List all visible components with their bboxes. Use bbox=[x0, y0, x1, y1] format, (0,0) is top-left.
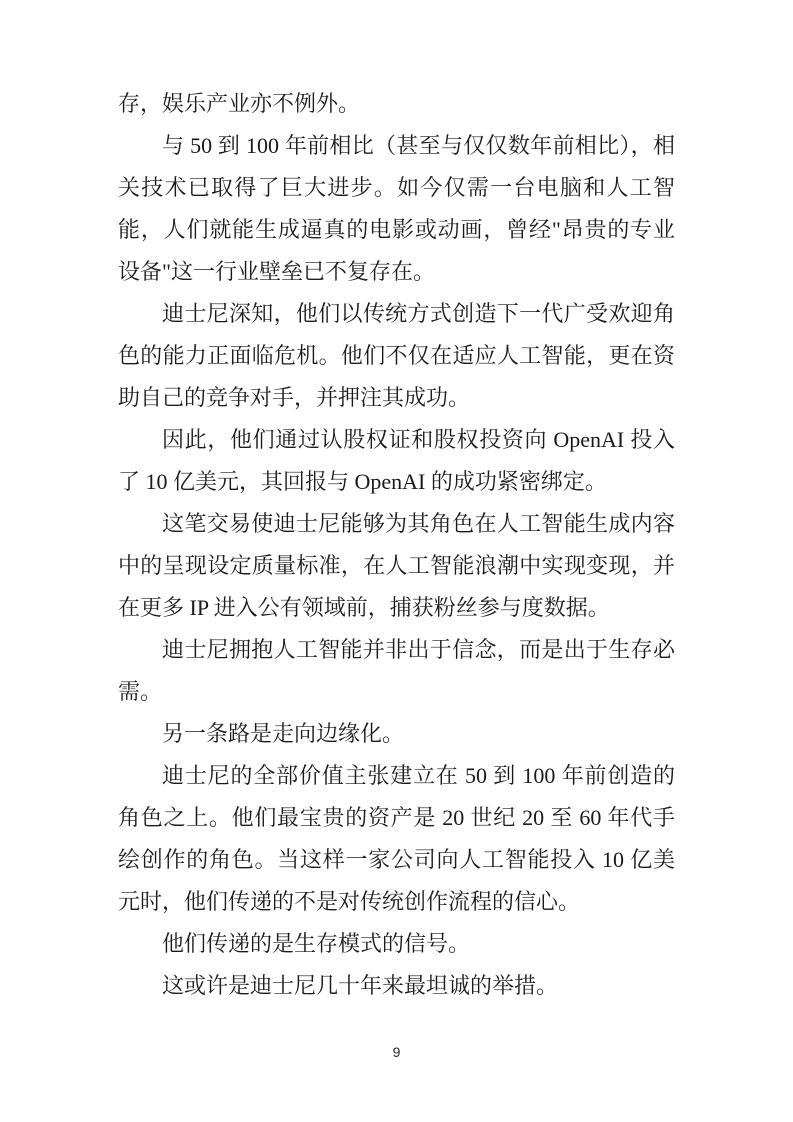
paragraph-8: 迪士尼的全部价值主张建立在 50 到 100 年前创造的角色之上。他们最宝贵的资… bbox=[118, 755, 675, 923]
paragraph-6: 迪士尼拥抱人工智能并非出于信念，而是出于生存必需。 bbox=[118, 629, 675, 713]
page-number: 9 bbox=[393, 1044, 401, 1060]
paragraph-7: 另一条路是走向边缘化。 bbox=[118, 713, 675, 755]
document-page: 存，娱乐产业亦不例外。 与 50 到 100 年前相比（甚至与仅仅数年前相比），… bbox=[0, 0, 793, 1122]
paragraph-3: 迪士尼深知，他们以传统方式创造下一代广受欢迎角色的能力正面临危机。他们不仅在适应… bbox=[118, 293, 675, 419]
page-footer: 9 bbox=[0, 1044, 793, 1062]
paragraph-5: 这笔交易使迪士尼能够为其角色在人工智能生成内容中的呈现设定质量标准，在人工智能浪… bbox=[118, 503, 675, 629]
document-body: 存，娱乐产业亦不例外。 与 50 到 100 年前相比（甚至与仅仅数年前相比），… bbox=[118, 83, 675, 1007]
paragraph-1: 存，娱乐产业亦不例外。 bbox=[118, 83, 675, 125]
paragraph-9: 他们传递的是生存模式的信号。 bbox=[118, 923, 675, 965]
paragraph-4: 因此，他们通过认股权证和股权投资向 OpenAI 投入了 10 亿美元，其回报与… bbox=[118, 419, 675, 503]
paragraph-10: 这或许是迪士尼几十年来最坦诚的举措。 bbox=[118, 965, 675, 1007]
paragraph-2: 与 50 到 100 年前相比（甚至与仅仅数年前相比），相关技术已取得了巨大进步… bbox=[118, 125, 675, 293]
